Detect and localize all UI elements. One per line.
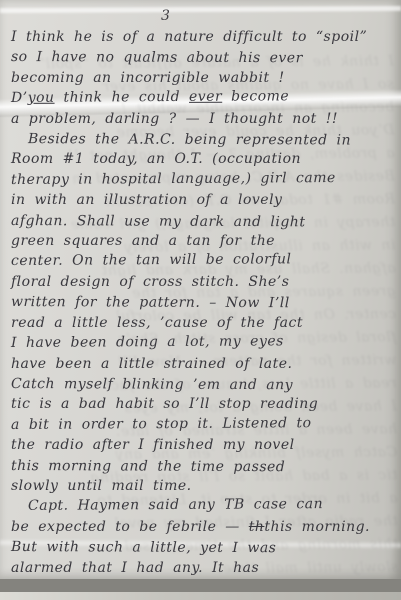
handwritten-text: But with such a little, yet I was (11, 539, 276, 556)
handwritten-text: become (222, 89, 289, 105)
handwritten-text: becoming an incorrigible wabbit ! (11, 70, 285, 86)
handwritten-line: therapy in hospital language,) girl came (11, 167, 395, 190)
handwritten-line: alarmed that I had any. It has (11, 558, 395, 578)
letter-lines: I think he is of a nature difficult to “… (11, 27, 395, 578)
handwritten-text: I have been doing a lot, my eyes (11, 333, 284, 351)
handwritten-text: this morning and the time passed (11, 458, 285, 475)
handwritten-text: Besides the A.R.C. being represented in (28, 131, 351, 148)
handwritten-line: have been a little strained of late. (11, 354, 395, 374)
handwritten-line: But with such a little, yet I was (11, 537, 395, 559)
handwritten-text: slowly until mail time. (11, 478, 192, 494)
handwritten-text: read a little less, ’cause of the fact (11, 315, 303, 331)
handwritten-text: center. On the tan will be colorful (11, 252, 292, 270)
handwritten-text: think he could (54, 89, 189, 106)
handwritten-text: the radio after I finished my novel (11, 437, 295, 453)
letter-scan: I think he is of a nature difficult to “… (0, 0, 401, 600)
handwritten-text: be expected to be febrile — (11, 519, 249, 535)
handwritten-text: afghan. Shall use my dark and light (11, 213, 306, 230)
handwritten-line: floral design of cross stitch. She’s (11, 272, 395, 292)
handwritten-text: so I have no qualms about his ever (11, 49, 303, 66)
handwritten-line: I think he is of a nature difficult to “… (11, 27, 395, 47)
handwritten-text: alarmed that I had any. It has (11, 560, 259, 576)
handwritten-line: in with an illustration of a lovely (11, 190, 395, 210)
handwritten-text: therapy in hospital language,) girl came (11, 170, 336, 188)
handwritten-text: you (28, 90, 55, 106)
handwritten-text: I think he is of a nature difficult to “… (11, 29, 367, 45)
handwritten-line: be expected to be febrile — ththis morni… (11, 517, 395, 537)
handwritten-line: afghan. Shall use my dark and light (11, 211, 395, 233)
handwritten-text: th (249, 519, 265, 535)
handwritten-line: Besides the A.R.C. being represented in (11, 129, 395, 151)
handwritten-line: the radio after I finished my novel (11, 435, 395, 455)
handwritten-text: in with an illustration of a lovely (11, 192, 282, 208)
handwritten-line: a bit in order to stop it. Listened to (11, 412, 395, 435)
page-number: 3 (161, 8, 170, 24)
handwritten-line: so I have no qualms about his ever (11, 47, 395, 69)
handwritten-text: this morning. (264, 519, 370, 535)
letter-page: I think he is of a nature difficult to “… (0, 0, 401, 579)
scanner-background (0, 579, 401, 592)
handwritten-text: a problem, darling ? — I thought not !! (11, 111, 338, 127)
handwritten-line: a problem, darling ? — I thought not !! (11, 109, 395, 129)
handwritten-line: this morning and the time passed (11, 456, 395, 478)
handwritten-line: Catch myself blinking ’em and any (11, 374, 395, 396)
handwritten-text: floral design of cross stitch. She’s (11, 274, 289, 290)
page-edge-below (0, 592, 401, 600)
handwritten-text: Capt. Haymen said any TB case can (28, 496, 323, 514)
handwritten-line: I have been doing a lot, my eyes (11, 331, 395, 354)
handwritten-text: written for the pattern. – Now I’ll (11, 294, 290, 311)
handwritten-line: D’you think he could ever become (11, 86, 395, 109)
handwritten-text: tic is a bad habit so I’ll stop reading (11, 396, 318, 412)
handwritten-text: D’ (11, 90, 28, 106)
handwritten-text: green squares and a tan for the (11, 233, 275, 249)
handwritten-line: written for the pattern. – Now I’ll (11, 292, 395, 314)
handwritten-line: tic is a bad habit so I’ll stop reading (11, 394, 395, 414)
handwritten-text: have been a little strained of late. (11, 356, 293, 372)
handwritten-line: Room #1 today, an O.T. (occupation (11, 149, 395, 169)
handwritten-line: center. On the tan will be colorful (11, 249, 395, 272)
fold-crease (0, 6, 401, 13)
handwritten-text: a bit in order to stop it. Listened to (11, 415, 312, 433)
handwritten-text: ever (189, 89, 222, 105)
handwritten-line: Capt. Haymen said any TB case can (11, 494, 395, 517)
handwritten-text: Room #1 today, an O.T. (occupation (11, 151, 301, 167)
handwritten-text: Catch myself blinking ’em and any (11, 376, 293, 393)
